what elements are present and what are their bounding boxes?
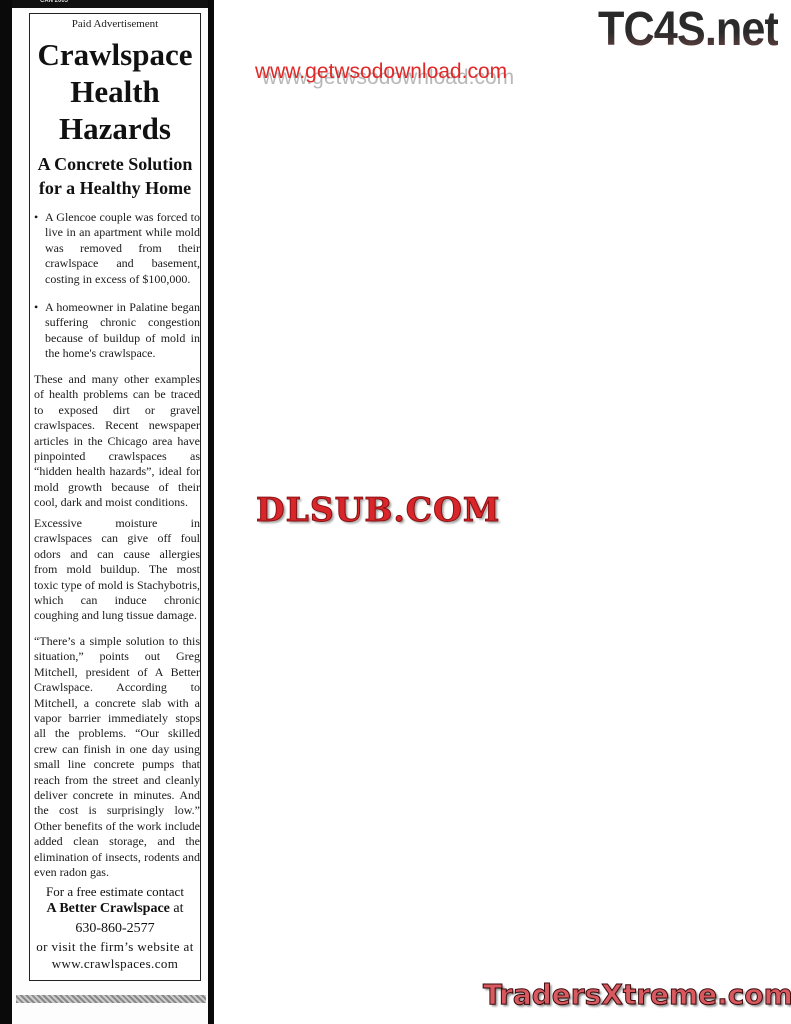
paragraph-3: “There’s a simple solution to this situa… [34,634,200,881]
advertisement-box: Paid Advertisement Crawlspace Health Haz… [29,13,201,981]
subhead-line-2: for a Healthy Home [30,176,200,200]
subhead-line-1: A Concrete Solution [30,152,200,176]
website-intro: or visit the firm’s website at [30,939,200,955]
company-at: at [170,901,184,916]
contact-company-line: A Better Crawlspace at [30,901,200,917]
watermark-dlsub: DLSUB.COM [256,490,500,529]
headline: Crawlspace Health Hazards [30,36,200,147]
bullet-icon: • [34,300,44,315]
bullet-item-2: • A homeowner in Palatine began sufferin… [34,300,200,362]
watermark-getwso: www.getwsodownload.com [255,60,507,84]
clipping-top-band: CAN 2005 [12,0,208,8]
company-name: A Better Crawlspace [47,901,170,916]
headline-line-1: Crawlspace [30,36,200,73]
contact-intro: For a free estimate contact [30,884,200,900]
watermark-tc4s: TC4S.net [598,2,778,57]
bullet-item-1: • A Glencoe couple was forced to live in… [34,210,200,287]
subheadline: A Concrete Solution for a Healthy Home [30,152,200,200]
phone-number: 630-860-2577 [30,921,200,937]
clipping-date-tag: CAN 2005 [40,0,68,4]
headline-line-3: Hazards [30,110,200,147]
clipping-bottom-hatch [16,995,206,1003]
website-url: www.crawlspaces.com [30,956,200,972]
paragraph-1: These and many other examples of health … [34,372,200,511]
paid-advertisement-label: Paid Advertisement [30,18,200,30]
headline-line-2: Health [30,73,200,110]
paragraph-2: Excessive moisture in crawlspaces can gi… [34,516,200,624]
bullet-icon: • [34,210,44,225]
watermark-tradersxtreme: TradersXtreme.com [483,978,791,1011]
